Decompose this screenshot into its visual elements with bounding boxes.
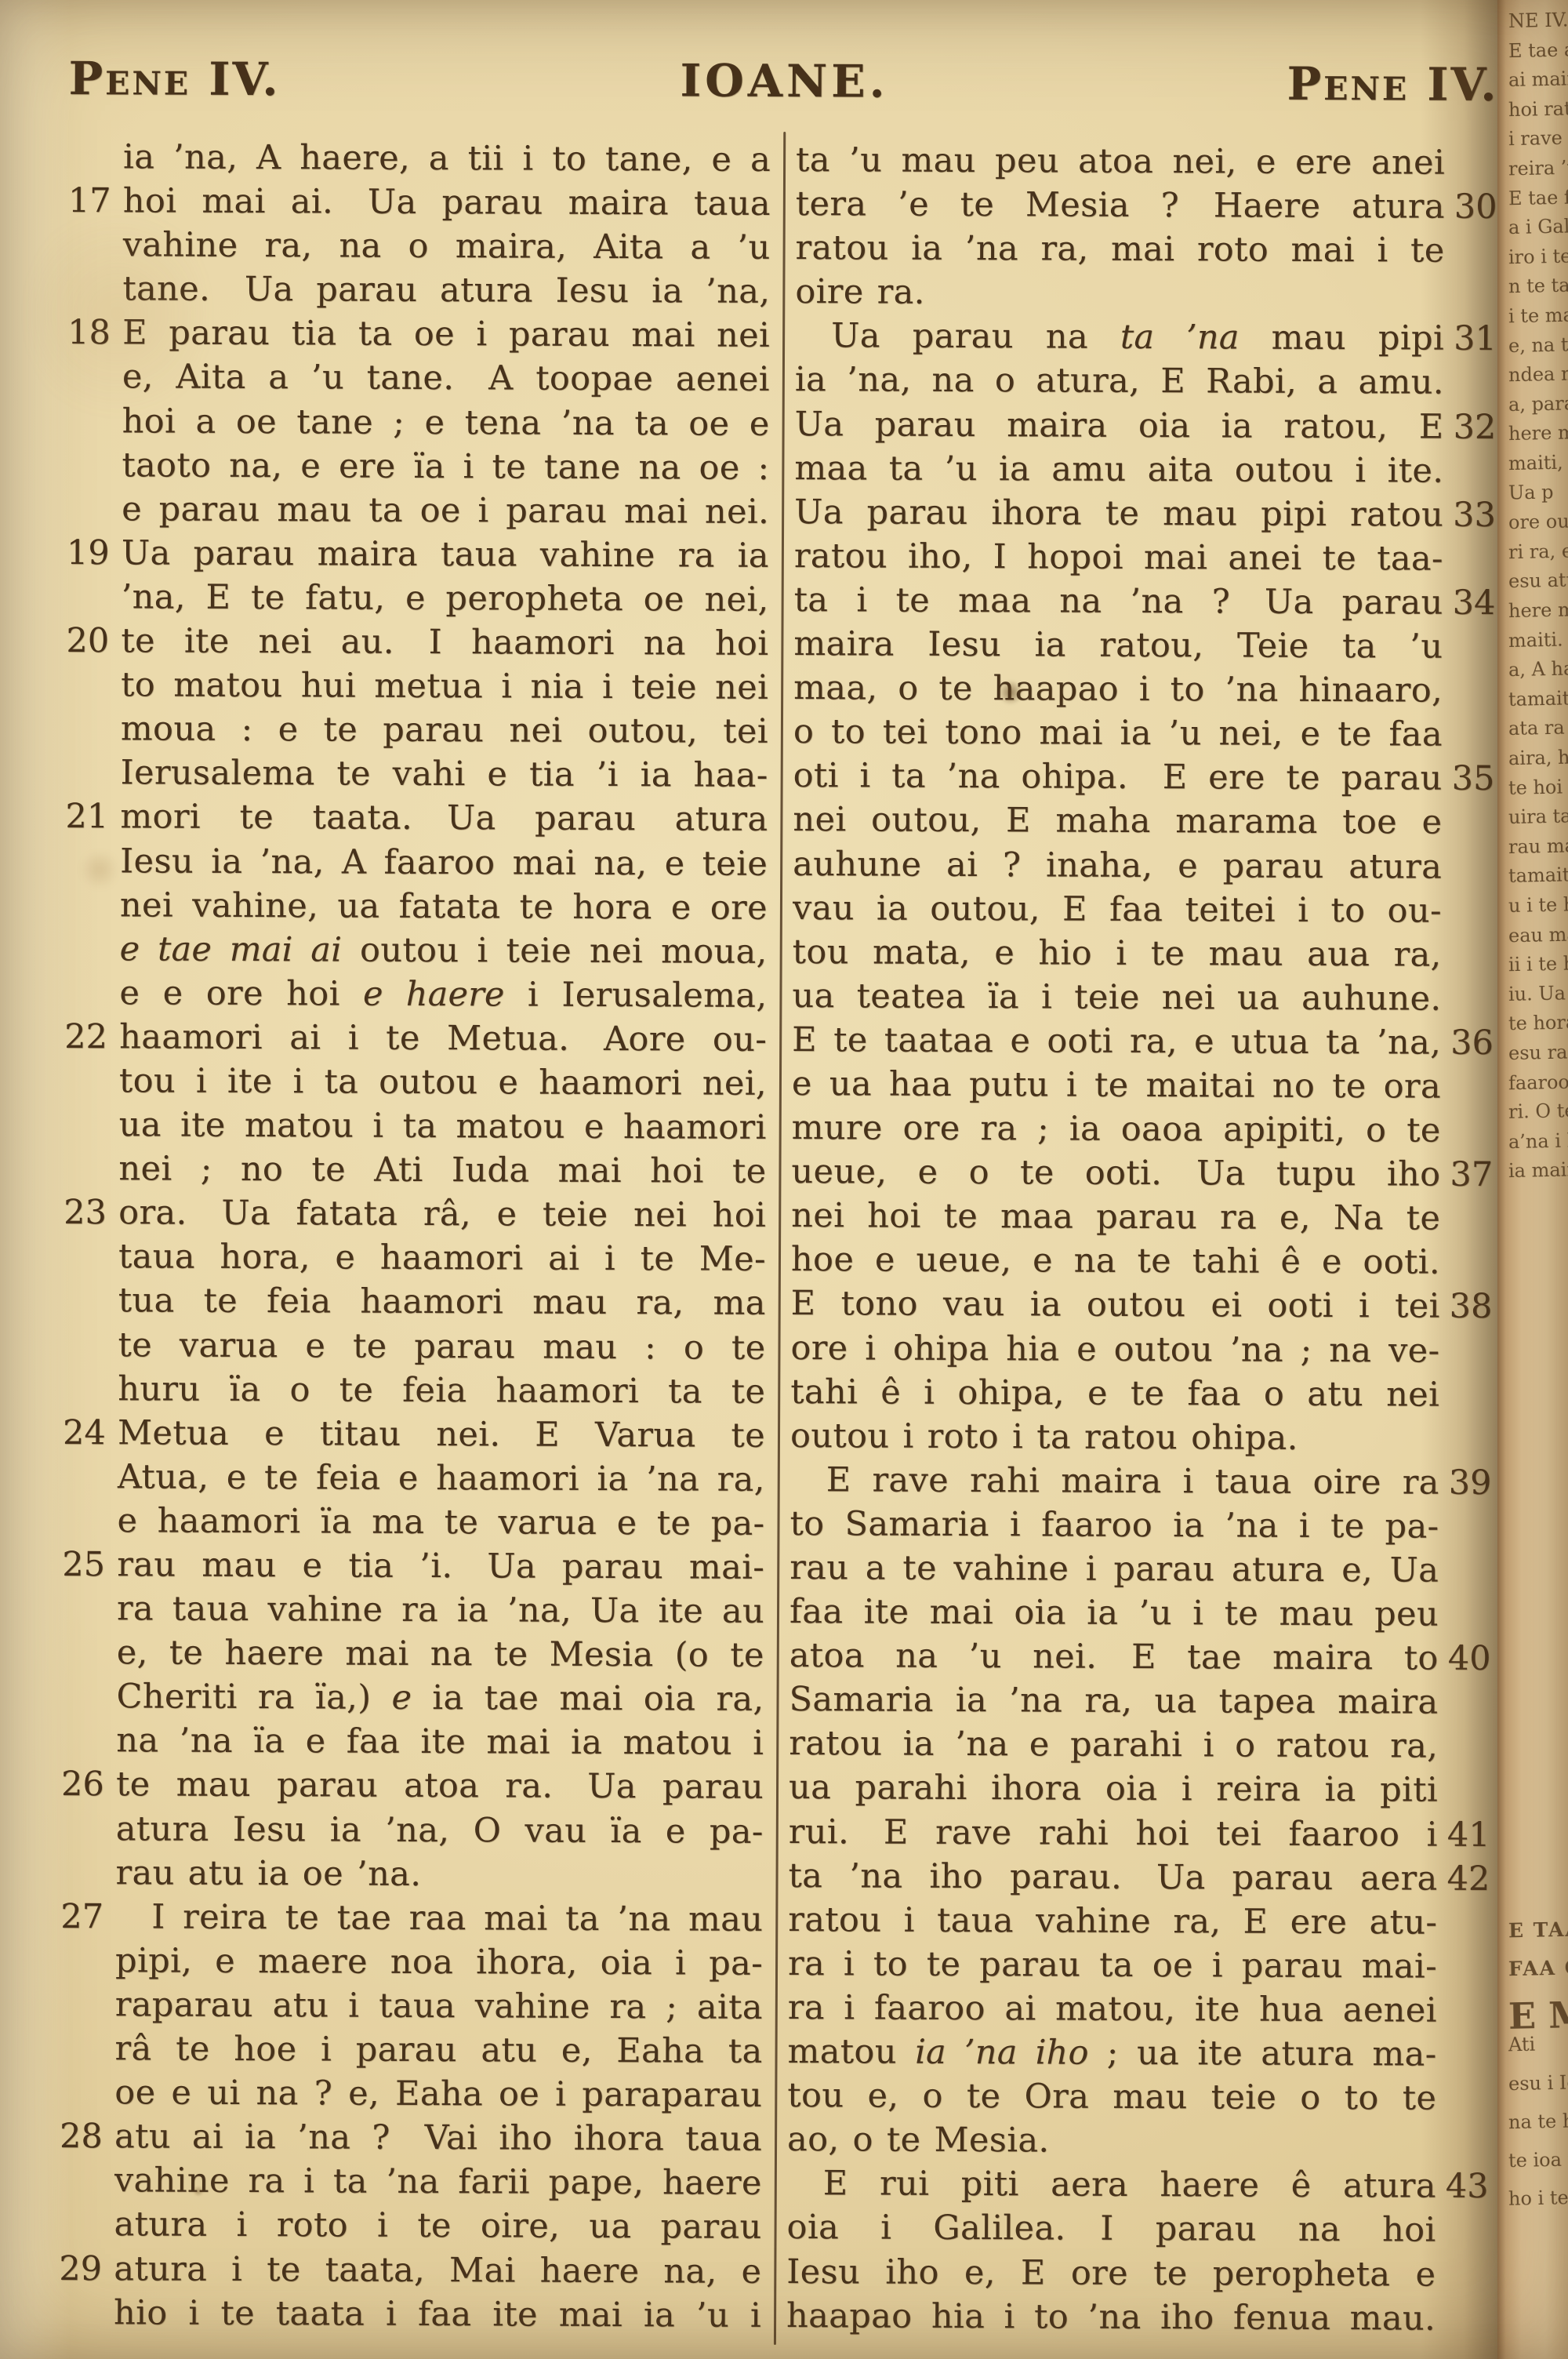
verse-text: ta i te maa na ’na ? Ua parau — [794, 578, 1443, 625]
verse-text: atura Iesu ia ’na, O vau ïa e pa- — [116, 1807, 764, 1854]
verse-text: e ua haa putu i te maitai no te ora — [792, 1062, 1441, 1109]
edge-text-fragment: esu i Ieru — [1508, 2073, 1568, 2093]
verse-text: rau mau e tia ’i. Ua parau mai- — [117, 1543, 764, 1590]
edge-text-fragment: here mai — [1508, 600, 1568, 620]
text-line: 17hoi mai ai. Ua parau maira taua — [68, 179, 771, 226]
verse-text: ratou ia ’na e parahi i o ratou ra, — [789, 1721, 1438, 1768]
text-line: ra taua vahine ra ia ’na, Ua ite au — [62, 1587, 764, 1634]
verse-text: moua : e te parau nei outou, tei — [121, 707, 768, 754]
text-line: nei vahine, ua fatata te hora e ore — [65, 883, 768, 930]
verse-number — [1440, 1241, 1495, 1285]
text-line: ua ite matou i ta matou e haamori — [64, 1103, 767, 1150]
text-line: 20te ite nei au. I haamori na hoi — [66, 619, 768, 666]
verse-number: 41 — [1438, 1812, 1493, 1856]
verse-text: e, te haere mai na te Mesia (o te — [117, 1630, 764, 1677]
verse-text: pipi, e maere noa ihora, oia i pa- — [115, 1939, 763, 1986]
verse-number: 31 — [1444, 317, 1499, 361]
verse-text: atoa na ’u nei. E tae maira to — [789, 1634, 1439, 1681]
verse-number — [1443, 669, 1497, 713]
verse-number: 21 — [65, 794, 120, 838]
verse-number — [1445, 141, 1500, 185]
text-line: nei ; no te Ati Iuda mai hoi te — [64, 1147, 766, 1194]
verse-text: e e ore hoi e haere i Ierusalema, — [119, 971, 767, 1018]
text-line: taua hora, e haamori ai i te Me- — [64, 1234, 766, 1281]
edge-text-fragment: e, na tae — [1508, 334, 1568, 354]
verse-number — [65, 883, 120, 927]
edge-text-fragment: te ioa i te — [1508, 2150, 1568, 2170]
verse-number — [1441, 1109, 1496, 1153]
verse-text: ratou iho, I hopoi mai anei te taa- — [794, 534, 1443, 581]
verse-number — [1439, 1416, 1494, 1460]
edge-text-fragment: aira, haer — [1508, 747, 1568, 768]
edge-text-fragment: iu. Ua r — [1508, 983, 1568, 1004]
verse-number — [67, 267, 122, 311]
verse-number — [64, 1278, 118, 1322]
verse-number: 40 — [1439, 1637, 1494, 1681]
text-line: Iesu ia ’na, A faaroo mai na, e teie — [65, 839, 768, 886]
verse-number — [62, 1587, 117, 1630]
text-line: e e ore hoi e haere i Ierusalema, — [64, 971, 767, 1018]
text-line: e haamori ïa ma te varua e te pa- — [62, 1499, 764, 1546]
text-line: nei outou, E maha marama toe e — [793, 798, 1497, 845]
text-line: pipi, e maere noa ihora, oia i pa- — [60, 1939, 763, 1986]
verse-number: 17 — [68, 179, 123, 223]
verse-number: 39 — [1439, 1460, 1494, 1504]
verse-number: 37 — [1440, 1153, 1495, 1197]
running-head-left: Pene IV. — [68, 52, 280, 106]
verse-number — [1439, 1593, 1494, 1637]
text-line: moua : e te parau nei outou, tei — [66, 707, 768, 754]
text-line: ia ’na, A haere, a tii i to tane, e a — [68, 135, 771, 182]
verse-text: tou mata, e hio i te mau aua ra, — [793, 930, 1442, 977]
edge-text-fragment: Ati — [1508, 2035, 1536, 2055]
text-line: 26te mau parau atoa ra. Ua parau — [61, 1762, 764, 1809]
verse-number — [1436, 2077, 1491, 2121]
text-line: nei hoi te maa parau ra e, Na te — [791, 1194, 1495, 1241]
verse-text: ra taua vahine ra ia ’na, Ua ite au — [117, 1587, 764, 1634]
text-line: rau atu ia oe ’na. — [60, 1851, 763, 1898]
text-line: oire ra. — [795, 270, 1499, 317]
facing-page-edge: NE IV. VE tae atuai mairahoi ratoui rave… — [1497, 0, 1568, 2359]
verse-number — [1437, 1900, 1492, 1944]
verse-number — [67, 443, 122, 487]
text-line: atura i roto i te oire, ua parau — [59, 2202, 761, 2249]
text-line: ta ’u mau peu atoa nei, e ere anei — [796, 138, 1500, 185]
verse-text: na ’na ïa e faa ite mai ia matou i — [116, 1719, 764, 1766]
text-line: Cheriti ra ïa,) e ia tae mai oia ra, — [61, 1674, 764, 1721]
verse-text: nei ; no te Ati Iuda mai hoi te — [118, 1147, 766, 1194]
verse-number — [1436, 2121, 1491, 2165]
text-line: ore i ohipa hia e outou ’na ; na ve- — [790, 1326, 1494, 1373]
verse-number — [59, 2291, 114, 2335]
verse-text: ta ’na iho parau. Ua parau aera — [788, 1854, 1437, 1901]
edge-text-fragment: ri ra, e ou — [1508, 541, 1568, 562]
verse-text: Ierusalema te vahi e tia ’i ia haa- — [121, 751, 768, 798]
verse-text: tua te feia haamori mau ra, ma — [118, 1279, 766, 1326]
text-line: 40atoa na ’u nei. E tae maira to — [789, 1634, 1494, 1681]
text-line: 41rui. E rave rahi hoi tei faaroo i — [789, 1810, 1493, 1857]
text-line: mure ore ra ; ia oaoa apipiti, o te — [792, 1106, 1496, 1153]
text-line: 43E rui piti aera haere ê atura — [787, 2161, 1491, 2208]
verse-number — [64, 1059, 119, 1103]
text-line: vahine ra, na o maira, Aita a ’u — [68, 223, 771, 270]
verse-number — [1443, 537, 1498, 581]
edge-text-fragment: reira ’toa h — [1508, 158, 1568, 179]
verse-text: vahine ra, na o maira, Aita a ’u — [123, 224, 771, 271]
verse-number — [66, 663, 121, 707]
verse-text: ia ’na, A haere, a tii i to tane, e a — [123, 135, 771, 182]
verse-number: 22 — [64, 1015, 119, 1059]
text-line: atura Iesu ia ’na, O vau ïa e pa- — [61, 1807, 764, 1854]
verse-text: maa ta ’u ia amu aita outou i ite. — [794, 446, 1443, 493]
verse-text: hoi a oe tane ; e tena ’na ta oe e — [122, 399, 770, 446]
verse-text: ore i ohipa hia e outou ’na ; na ve- — [790, 1326, 1439, 1373]
verse-text: Iesu ia ’na, A faaroo mai na, e teie — [120, 839, 768, 886]
verse-text: taua hora, e haamori ai i te Me- — [118, 1235, 766, 1282]
verse-text: e parau mau ta oe i parau mai nei. — [122, 487, 769, 534]
verse-text: rau atu ia oe ’na. — [115, 1851, 763, 1898]
text-line: raparau atu i taua vahine ra ; aita — [60, 1983, 763, 2030]
text-line: 32Ua parau maira oia ia ratou, E — [795, 402, 1499, 449]
text-line: ra i faaroo ai matou, ite hua aenei — [788, 1986, 1492, 2033]
verse-number: 26 — [61, 1762, 116, 1806]
verse-text: to Samaria i faaroo ia ’na i te pa- — [789, 1502, 1439, 1549]
text-line: vahine ra i ta ’na farii pape, haere — [60, 2158, 762, 2205]
verse-text: rui. E rave rahi hoi tei faaroo i — [789, 1810, 1438, 1857]
verse-number — [1436, 2208, 1490, 2252]
text-line: hoi a oe tane ; e tena ’na ta oe e — [67, 399, 770, 446]
text-line: ’na, E te fatu, e peropheta oe nei, — [67, 575, 769, 622]
text-line: ra i to te parau ta oe i parau mai- — [788, 1942, 1492, 1989]
verse-text: oe e ui na ? e, Eaha oe i paraparau — [114, 2070, 762, 2117]
verse-number — [67, 575, 122, 619]
verse-text: ’na, E te fatu, e peropheta oe nei, — [122, 575, 769, 622]
verse-text: tane. Ua parau atura Iesu ia ’na, — [122, 267, 770, 314]
verse-number — [1440, 1197, 1495, 1241]
verse-number: 24 — [63, 1411, 118, 1455]
verse-number — [59, 2202, 114, 2246]
text-line: ua parahi ihora oia i reira ia piti — [789, 1766, 1493, 1813]
verse-text: Atua, e te feia e haamori ia ’na ra, — [118, 1455, 765, 1502]
verse-text: to matou hui metua i nia i teie nei — [121, 663, 768, 710]
verse-number — [1439, 1372, 1494, 1416]
text-line: 23ora. Ua fatata râ, e teie nei hoi — [64, 1190, 766, 1238]
page: Pene IV. IOANE. Pene IV. ia ’na, A haere… — [0, 0, 1568, 2359]
text-line: tua te feia haamori mau ra, ma — [64, 1278, 766, 1325]
verse-text: faa ite mai oia ia ’u i te mau peu — [789, 1590, 1439, 1637]
text-line: 24Metua e titau nei. E Varua te — [63, 1411, 765, 1458]
text-line: o to tei tono mai ia ’u nei, e te faa — [793, 710, 1497, 757]
verse-number — [64, 1103, 119, 1147]
verse-text: Ua parau maira taua vahine ra ia — [122, 531, 769, 578]
verse-text: maira Iesu ia ratou, Teie ta ’u — [793, 622, 1443, 669]
edge-text-fragment: rau mair — [1508, 836, 1568, 856]
edge-text-fragment: tamaiti. — [1508, 689, 1568, 709]
edge-text-fragment: ai maira — [1508, 69, 1568, 89]
text-line: tou i ite i ta outou e haamori nei, — [64, 1059, 767, 1106]
text-line: matou ia ’na iho ; ua ite atura ma- — [787, 2030, 1491, 2077]
text-line: to matou hui metua i nia i teie nei — [66, 663, 768, 710]
verse-number: 42 — [1437, 1856, 1492, 1900]
verse-text: hio i te taata i faa ite mai ia ’u i — [114, 2291, 761, 2338]
right-column: ta ’u mau peu atoa nei, e ere anei30tera… — [786, 138, 1500, 2341]
edge-text-fragment: a i Galile — [1508, 216, 1568, 237]
verse-number — [64, 1147, 118, 1190]
verse-text: oire ra. — [795, 270, 1444, 317]
verse-text: atura i roto i te oire, ua parau — [114, 2203, 761, 2250]
edge-text-fragment: te hoi a — [1508, 777, 1568, 798]
verse-number — [1443, 625, 1497, 669]
verse-text: I reira te tae raa mai ta ’na mau — [115, 1895, 763, 1942]
edge-text-fragment: a, parau — [1508, 394, 1568, 414]
edge-text-fragment: uira tana — [1508, 806, 1568, 827]
verse-number: 34 — [1443, 581, 1498, 625]
edge-text-fragment: ho i te — [1508, 2188, 1568, 2208]
edge-text-fragment: esu ra e, — [1508, 1042, 1568, 1063]
verse-text: e haamori ïa ma te varua e te pa- — [117, 1499, 764, 1546]
edge-text-fragment: a’na i hoi — [1508, 1131, 1568, 1151]
verse-number: 30 — [1445, 185, 1500, 229]
verse-number — [64, 971, 119, 1015]
edge-text-fragment: tamaiti. — [1508, 865, 1568, 885]
verse-number — [1444, 273, 1499, 317]
verse-number — [65, 839, 120, 883]
text-line: to Samaria i faaroo ia ’na i te pa- — [789, 1502, 1494, 1549]
column-divider-rule — [774, 132, 786, 2345]
text-line: tahi ê i ohipa, e te faa o atu nei — [790, 1370, 1494, 1417]
verse-number — [66, 751, 121, 794]
verse-number: 38 — [1440, 1285, 1495, 1329]
verse-number — [60, 1939, 115, 1983]
text-line: tou mata, e hio i te mau aua ra, — [793, 930, 1497, 977]
verse-number: 36 — [1441, 1021, 1496, 1065]
verse-text: tera ’e te Mesia ? Haere atura — [796, 182, 1445, 229]
verse-number — [60, 2026, 114, 2070]
text-line: maa ta ’u ia amu aita outou i ite. — [794, 446, 1498, 493]
verse-text: E parau tia ta oe i parau mai nei — [122, 311, 770, 358]
verse-number — [1444, 361, 1499, 405]
verse-number: 19 — [67, 531, 122, 575]
text-line: huru ïa o te feia haamori ta te — [63, 1367, 765, 1414]
text-line: maa, o te haapao i to ’na hinaaro, — [793, 666, 1497, 713]
text-line: oia i Galilea. I parau na hoi — [786, 2205, 1490, 2252]
edge-text-fragment: here mai — [1508, 423, 1568, 443]
verse-text: mori te taata. Ua parau atura — [120, 795, 768, 842]
verse-text: Ua parau na ta ’na mau pipi — [795, 314, 1444, 361]
verse-text: ratou ia ’na ra, mai roto mai i te — [795, 226, 1444, 273]
text-line: taoto na, e ere ïa i te tane na oe : — [67, 443, 769, 490]
verse-number — [66, 707, 121, 751]
verse-text: tou i ite i ta outou e haamori nei, — [119, 1059, 767, 1106]
verse-number — [63, 1455, 118, 1499]
text-line: ratou i taua vahine ra, E ere atu- — [788, 1898, 1492, 1945]
verse-number — [67, 354, 122, 398]
edge-text-fragment: ii i te hitu — [1508, 954, 1568, 974]
verse-number — [63, 1323, 118, 1367]
verse-text: maa, o te haapao i to ’na hinaaro, — [793, 666, 1443, 713]
verse-number — [60, 1851, 115, 1895]
edge-text-fragment: E tae atu — [1508, 39, 1568, 60]
edge-text-fragment: na te hoe — [1508, 2111, 1568, 2132]
verse-number: 27 — [60, 1895, 115, 1939]
verse-number — [1439, 1329, 1494, 1372]
edge-text-fragment: eau maira — [1508, 924, 1568, 945]
text-line: na ’na ïa e faa ite mai ia matou i — [61, 1718, 764, 1765]
text-line: 21mori te taata. Ua parau atura — [65, 794, 768, 841]
verse-text: ua teatea ïa i teie nei ua auhune. — [792, 974, 1441, 1021]
verse-number — [62, 1630, 117, 1674]
verse-number — [60, 2070, 114, 2114]
text-line: Iesu iho e, E ore te peropheta e — [786, 2250, 1490, 2297]
verse-text: haamori ai i te Metua. Aore ou- — [119, 1015, 767, 1062]
edge-text-fragment: ore outou — [1508, 511, 1568, 532]
verse-text: te varua e te parau mau : o te — [118, 1323, 765, 1370]
text-line: tane. Ua parau atura Iesu ia ’na, — [67, 267, 770, 314]
verse-number — [1442, 801, 1497, 845]
text-line: 19Ua parau maira taua vahine ra ia — [67, 531, 769, 578]
verse-number: 29 — [59, 2246, 114, 2290]
verse-number — [67, 399, 122, 443]
edge-text-fragment: FAA OR — [1508, 1957, 1568, 1979]
verse-number — [61, 1674, 116, 1718]
verse-text: taoto na, e ere ïa i te tane na oe : — [122, 443, 769, 490]
verse-number: 23 — [64, 1190, 118, 1234]
verse-text: atu ai ia ’na ? Vai iho ihora taua — [114, 2115, 762, 2162]
verse-text: ia ’na, na o atura, E Rabi, a amu. — [795, 358, 1444, 405]
text-line: 34ta i te maa na ’na ? Ua parau — [794, 578, 1498, 625]
verse-text: mure ore ra ; ia oaoa apipiti, o te — [792, 1106, 1441, 1153]
verse-text: vau ia outou, E faa teitei i to ou- — [793, 886, 1442, 933]
edge-text-fragment: ia maira, — [1508, 1160, 1568, 1180]
verse-text: râ te hoe i parau atu e, Eaha ta — [114, 2026, 762, 2074]
verse-text: Metua e titau nei. E Varua te — [118, 1411, 765, 1458]
verse-text: nei vahine, ua fatata te hora e ore — [120, 883, 768, 930]
verse-text: matou ia ’na iho ; ua ite atura ma- — [787, 2030, 1436, 2077]
verse-number — [60, 1983, 115, 2026]
text-line: ratou iho, I hopoi mai anei te taa- — [794, 534, 1498, 581]
verse-number: 43 — [1436, 2165, 1491, 2208]
verse-text: ora. Ua fatata râ, e teie nei hoi — [118, 1191, 766, 1238]
verse-number — [1442, 932, 1497, 976]
verse-text: Samaria ia ’na ra, ua tapea maira — [789, 1677, 1438, 1725]
text-line: maira Iesu ia ratou, Teie ta ’u — [793, 622, 1497, 669]
text-line: 18E parau tia ta oe i parau mai nei — [67, 311, 770, 358]
text-line: e, te haere mai na te Mesia (o te — [62, 1630, 764, 1677]
verse-text: Iesu iho e, E ore te peropheta e — [786, 2250, 1436, 2297]
verse-number — [1443, 713, 1497, 757]
verse-text: E rave rahi maira i taua oire ra — [790, 1458, 1439, 1505]
book-page-photo: Pene IV. IOANE. Pene IV. ia ’na, A haere… — [0, 0, 1568, 2359]
edge-text-fragment: esu atura — [1508, 570, 1568, 591]
text-line: 37ueue, e o te ooti. Ua tupu iho — [791, 1150, 1495, 1197]
verse-number — [62, 1499, 117, 1543]
verse-text: raparau atu i taua vahine ra ; aita — [115, 1983, 763, 2030]
verse-text: huru ïa o te feia haamori ta te — [118, 1367, 765, 1414]
verse-number: 18 — [67, 311, 122, 354]
text-line: ratou ia ’na e parahi i o ratou ra, — [789, 1721, 1493, 1768]
text-line: e tae mai ai outou i teie nei moua, — [65, 927, 768, 974]
text-line: 36E te taataa e ooti ra, e utua ta ’na, — [792, 1018, 1496, 1065]
verse-text: oti i ta ’na ohipa. E ere te parau — [793, 754, 1443, 801]
verse-text: hoe e ueue, e na te tahi ê e ooti. — [791, 1238, 1440, 1285]
text-line: 42ta ’na iho parau. Ua parau aera — [788, 1854, 1492, 1901]
verse-text: haapao hia i to ’na iho fenua mau. — [786, 2294, 1436, 2341]
verse-text: ratou i taua vahine ra, E ere atu- — [788, 1898, 1437, 1945]
edge-text-fragment: Ua p — [1508, 482, 1554, 502]
verse-text: ta ’u mau peu atoa nei, e ere anei — [796, 138, 1445, 185]
verse-text: outou i roto i ta ratou ohipa. — [790, 1414, 1439, 1461]
text-line: outou i roto i ta ratou ohipa. — [790, 1414, 1494, 1461]
text-line: 33Ua parau ihora te mau pipi ratou — [794, 490, 1498, 537]
text-line: rau a te vahine i parau atura e, Ua — [789, 1546, 1494, 1593]
text-line: ia ’na, na o atura, E Rabi, a amu. — [795, 358, 1499, 405]
edge-text-fragment: E tae faah — [1508, 187, 1568, 208]
verse-number — [1443, 449, 1498, 493]
left-column: ia ’na, A haere, a tii i to tane, e a17h… — [59, 135, 771, 2338]
text-line: ao, o te Mesia. — [787, 2117, 1491, 2165]
text-line: hio i te taata i faa ite mai ia ’u i — [59, 2291, 761, 2338]
verse-text: E tono vau ia outou ei ooti i tei — [791, 1281, 1440, 1329]
text-line: 38E tono vau ia outou ei ooti i tei — [791, 1281, 1495, 1329]
verse-number: 32 — [1444, 405, 1499, 449]
verse-number: 25 — [62, 1543, 117, 1587]
text-line: e, Aita a ’u tane. A toopae aenei — [67, 354, 770, 402]
text-line: 31Ua parau na ta ’na mau pipi — [795, 314, 1499, 361]
verse-text: te ite nei au. I haamori na hoi — [121, 619, 768, 666]
verse-text: auhune ai ? inaha, e parau atura — [793, 842, 1442, 889]
verse-text: ra i faaroo ai matou, ite hua aenei — [788, 1986, 1437, 2033]
edge-text-fragment: maiti. U — [1508, 630, 1568, 650]
verse-text: tahi ê i ohipa, e te faa o atu nei — [790, 1370, 1439, 1417]
verse-number — [63, 1367, 118, 1411]
edge-text-fragment: faaroo atu — [1508, 1071, 1568, 1092]
verse-number — [1437, 1945, 1492, 1989]
verse-text: nei outou, E maha marama toe e — [793, 798, 1442, 845]
text-line: haapao hia i to ’na iho fenua mau. — [786, 2294, 1490, 2341]
verse-text: ua parahi ihora oia i reira ia piti — [789, 1766, 1438, 1813]
verse-number: 35 — [1443, 757, 1497, 801]
text-line: hoe e ueue, e na te tahi ê e ooti. — [791, 1238, 1495, 1285]
verse-text: atura i te taata, Mai haere na, e — [114, 2247, 761, 2294]
text-line: auhune ai ? inaha, e parau atura — [793, 842, 1497, 889]
text-line: e parau mau ta oe i parau mai nei. — [67, 487, 769, 534]
verse-number — [1441, 976, 1496, 1020]
text-line: 22haamori ai i te Metua. Aore ou- — [64, 1015, 767, 1062]
verse-text: ueue, e o te ooti. Ua tupu iho — [791, 1150, 1440, 1197]
verse-text: oia i Galilea. I parau na hoi — [786, 2205, 1436, 2252]
verse-number — [1438, 1681, 1493, 1725]
text-line: vau ia outou, E faa teitei i to ou- — [793, 886, 1497, 933]
running-head-title: IOANE. — [680, 54, 888, 107]
verse-text: rau a te vahine i parau atura e, Ua — [789, 1546, 1439, 1593]
text-line: te varua e te parau mau : o te — [63, 1323, 765, 1370]
verse-number — [68, 223, 123, 267]
text-line: 35oti i ta ’na ohipa. E ere te parau — [793, 754, 1497, 801]
verse-text: Cheriti ra ïa,) e ia tae mai oia ra, — [116, 1675, 764, 1722]
text-line: 29atura i te taata, Mai haere na, e — [59, 2246, 761, 2293]
verse-number — [1439, 1505, 1494, 1549]
edge-text-fragment: ndea mai, — [1508, 364, 1568, 384]
edge-text-fragment: maiti, ua — [1508, 453, 1568, 473]
text-line: oe e ui na ? e, Eaha oe i paraparau — [60, 2070, 762, 2117]
verse-text: vahine ra i ta ’na farii pape, haere — [114, 2159, 762, 2206]
edge-text-fragment: u i te ho — [1508, 895, 1568, 915]
text-line: 25rau mau e tia ’i. Ua parau mai- — [62, 1543, 764, 1590]
verse-text: ra i to te parau ta oe i parau mai- — [788, 1942, 1437, 1989]
text-line: 30tera ’e te Mesia ? Haere atura — [796, 182, 1500, 229]
edge-text-fragment: E TAATA — [1508, 1919, 1568, 1941]
text-line: Samaria ia ’na ra, ua tapea maira — [789, 1677, 1493, 1725]
